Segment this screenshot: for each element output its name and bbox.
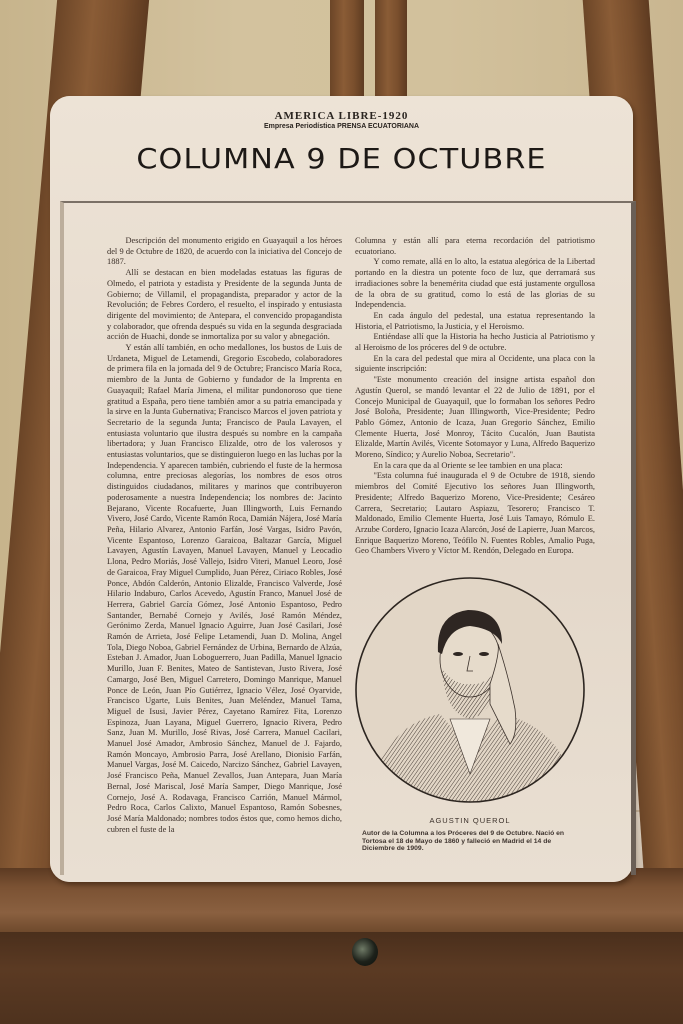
easel-back-leg-left	[330, 0, 364, 110]
document-board: AMERICA LIBRE-1920 Empresa Periodística …	[50, 96, 633, 882]
document-title: COLUMNA 9 DE OCTUBRE	[27, 142, 657, 175]
paragraph: Entiéndase allí que la Historia ha hecho…	[355, 332, 595, 353]
paragraph: "Esta columna fué inaugurada el 9 de Oct…	[355, 471, 595, 557]
paragraph: Columna y están allí para eterna recorda…	[355, 236, 595, 257]
easel-back-leg-right	[375, 0, 407, 110]
portrait-name: AGUSTIN QUEROL	[350, 816, 590, 825]
paragraph: Allí se destacan en bien modeladas estat…	[107, 268, 342, 343]
masthead: AMERICA LIBRE-1920 Empresa Periodística …	[50, 110, 633, 130]
paragraph: En cada ángulo del pedestal, una estatua…	[355, 311, 595, 332]
paragraph: Y como remate, allá en lo alto, la estat…	[355, 257, 595, 311]
paragraph: Y están allí también, en ocho medallones…	[107, 343, 342, 835]
engraved-portrait-icon	[350, 574, 590, 806]
portrait-caption: Autor de la Columna a los Próceres del 9…	[362, 830, 582, 853]
easel-shelf-front	[0, 932, 683, 1024]
paragraph: En la cara del pedestal que mira al Occi…	[355, 354, 595, 375]
paragraph: Descripción del monumento erigido en Gua…	[107, 236, 342, 268]
publication-name: AMERICA LIBRE-1920	[50, 110, 633, 122]
shelf-knob-icon	[352, 938, 378, 966]
publisher-name: Empresa Periodística PRENSA ECUATORIANA	[50, 123, 633, 130]
article-right-column: Columna y están allí para eterna recorda…	[355, 236, 595, 557]
article-left-column: Descripción del monumento erigido en Gua…	[107, 236, 342, 835]
paragraph: "Este monumento creación del insigne art…	[355, 375, 595, 461]
paragraph: En la cara que da al Oriente se lee tamb…	[355, 461, 595, 472]
